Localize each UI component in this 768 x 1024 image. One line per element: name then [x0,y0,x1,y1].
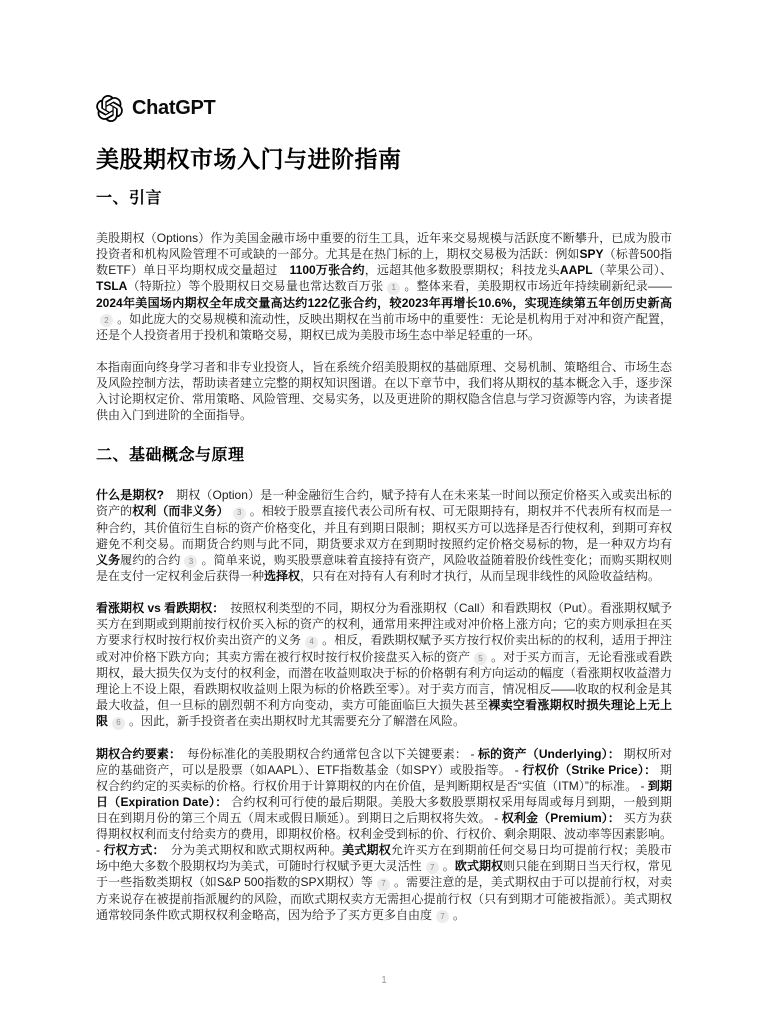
bold-text-run: 美式期权 [342,843,391,857]
citation-badge[interactable]: 4 [305,636,318,649]
text-run: （特斯拉）等个股期权日交易量也常达数百万张 [127,279,383,293]
citation-badge[interactable]: 6 [112,717,125,730]
paragraph: 本指南面向终身学习者和非专业投资人，旨在系统介绍美股期权的基础原理、交易机制、策… [96,359,672,423]
bold-text-run: 选择权 [264,569,300,583]
bold-text-run: AAPL [560,263,593,277]
bold-text-run: 2024年美国场内期权全年成交量高达约122亿张合约，较2023年再增长10.6… [96,296,672,310]
section-heading: 一、引言 [96,188,672,210]
text-run: 每份标准化的美股期权合约通常包含以下关键要素： - [175,747,478,761]
paragraph: 什么是期权? 期权（Option）是一种金融衍生合约，赋予持有人在未来某一时间以… [96,487,672,584]
text-run: ，只有在对持有人有利时才执行，从而呈现非线性的风险收益结构。 [300,569,660,583]
bold-text-run: 期权合约要素： [96,747,175,761]
paragraph: 期权合约要素： 每份标准化的美股期权合约通常包含以下关键要素： - 标的资产（U… [96,746,672,924]
text-run: 。整体来看，美股期权市场近年持续刷新纪录—— [404,279,672,293]
bold-text-run: 行权价（Strike Price）： [522,763,656,777]
section-heading: 二、基础概念与原理 [96,445,672,467]
document-page: ChatGPT 美股期权市场入门与进阶指南 一、引言美股期权（Options）作… [0,0,768,923]
text-run: 。 [453,908,465,922]
document-title: 美股期权市场入门与进阶指南 [96,144,672,174]
bold-text-run: 义务 [96,553,120,567]
bold-text-run: 权利金（Premium）： [502,811,620,825]
citation-badge[interactable]: 7 [426,861,439,874]
citation-badge[interactable]: 1 [387,282,400,295]
citation-badge[interactable]: 5 [474,652,487,665]
document-sections: 一、引言美股期权（Options）作为美国金融市场中重要的衍生工具，近年来交易规… [96,188,672,923]
bold-text-run: 什么是期权? [96,488,164,502]
text-run: ，远超其他多数股票期权；科技龙头 [365,263,560,277]
bold-text-run: 标的资产（Underlying）： [478,747,620,761]
citation-badge[interactable]: 3 [184,555,197,568]
bold-text-run: 1100万张合约 [290,263,365,277]
page-footer: 1 [0,970,768,988]
citation-badge[interactable]: 3 [233,507,246,520]
text-run: 分为美式期权和欧式期权两种。 [159,843,342,857]
text-run: 本指南面向终身学习者和非专业投资人，旨在系统介绍美股期权的基础原理、交易机制、策… [96,360,672,422]
citation-badge[interactable]: 7 [377,878,390,891]
text-run: （苹果公司）、 [593,263,672,277]
bold-text-run: SPY [580,247,604,261]
text-run: 。如此庞大的交易规模和流动性，反映出期权在当前市场中的重要性：无论是机构用于对冲… [96,312,672,343]
brand-header: ChatGPT [96,95,672,122]
brand-name: ChatGPT [132,97,215,120]
bold-text-run: TSLA [96,279,127,293]
bold-text-run: 权利（而非义务） [132,504,229,518]
openai-logo-icon [96,95,123,122]
bold-text-run: 看涨期权 vs 看跌期权： [96,601,218,615]
text-run: 。因此，新手投资者在卖出期权时尤其需要充分了解潜在风险。 [129,714,465,728]
page-number: 1 [381,975,387,986]
citation-badge[interactable]: 7 [436,910,449,923]
bold-text-run: 行权方式： [104,843,159,857]
paragraph: 看涨期权 vs 看跌期权： 按照权利类型的不同，期权分为看涨期权（Call）和看… [96,600,672,730]
text-run: 。 [443,859,455,873]
citation-badge[interactable]: 2 [100,314,113,327]
text-run: 履约的合约 [120,553,180,567]
paragraph: 美股期权（Options）作为美国金融市场中重要的衍生工具，近年来交易规模与活跃… [96,230,672,343]
bold-text-run: 欧式期权 [455,859,503,873]
